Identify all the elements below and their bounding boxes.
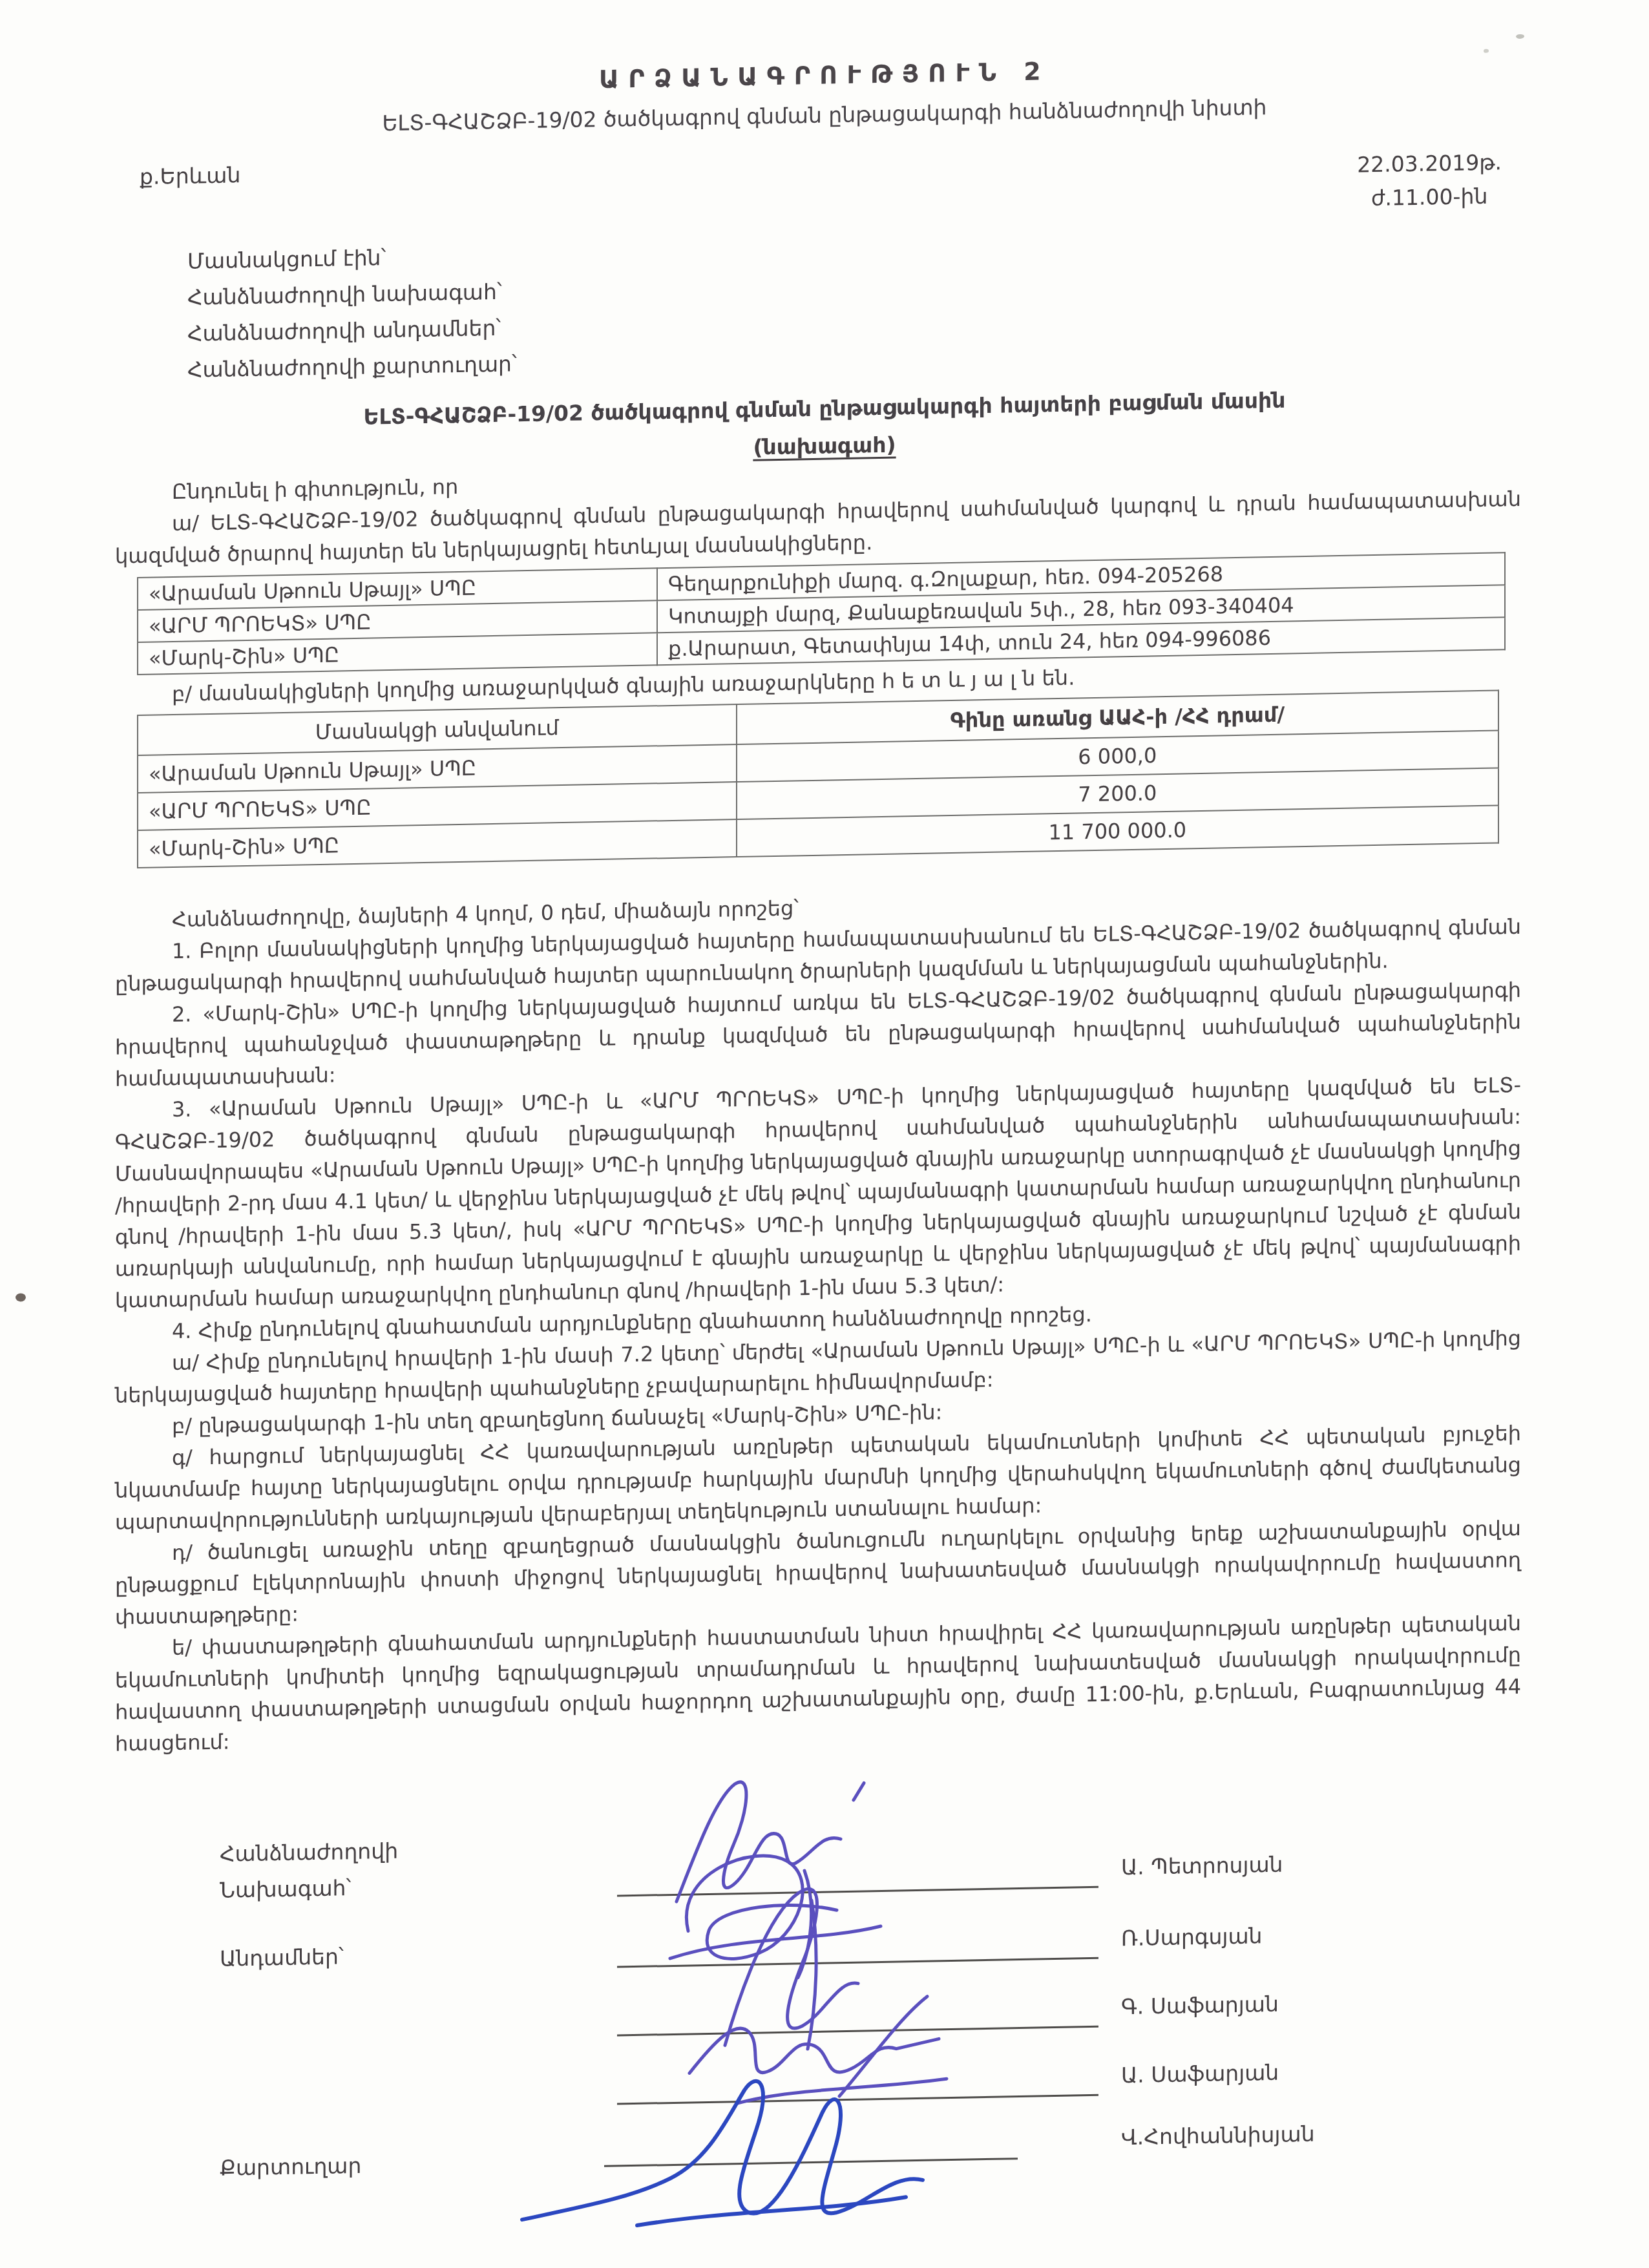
scanned-document-page: ԱՐՁԱՆԱԳՐՈՒԹՅՈՒՆ 2 ԵԼՏ-ԳՀԱՇՁԲ-19/02 ծածկա… bbox=[0, 0, 1649, 2268]
participant-role: Հանձնաժողովի քարտուղար՝ bbox=[187, 346, 517, 388]
participants-block: Մասնակցում էին՝ Հանձնաժողովի նախագահ՝ Հա… bbox=[187, 237, 517, 388]
section-subtitle-text: (նախագահ) bbox=[753, 432, 896, 460]
signature-line bbox=[617, 2094, 1098, 2105]
paragraph-4e: ե/ փաստաթղթերի գնահատման արդյունքների հա… bbox=[115, 1608, 1521, 1760]
scan-speck bbox=[1516, 34, 1524, 39]
handwritten-signature-hovhannisyan bbox=[510, 2062, 943, 2244]
document-time: ժ.11.00-ին bbox=[1357, 179, 1502, 215]
date-block: 22.03.2019թ. ժ.11.00-ին bbox=[1357, 145, 1502, 215]
secretary-label: Քարտուղար bbox=[220, 2153, 361, 2181]
signature-name: Վ.Հովհաննիսյան bbox=[1121, 2121, 1315, 2150]
signature-line bbox=[617, 1886, 1098, 1897]
price-table: Մասնակցի անվանում Գինը առանց ԱԱՀ-ի /ՀՀ դ… bbox=[137, 689, 1499, 868]
signature-name: Գ. Սաֆարյան bbox=[1121, 1991, 1279, 2019]
chairman-label-line1: Հանձնաժողովի bbox=[220, 1838, 398, 1867]
participants-table: «Արաման Սթոուն Սթայլ» ՍՊԸ Գեղարքունիքի մ… bbox=[137, 552, 1506, 675]
scan-speck bbox=[16, 1293, 26, 1301]
participant-role: Հանձնաժողովի նախագահ՝ bbox=[187, 273, 517, 315]
signature-line bbox=[617, 1957, 1098, 1968]
signature-line bbox=[617, 2026, 1098, 2037]
document-city: ք.Երևան bbox=[140, 162, 240, 189]
chairman-label-line2: Նախագահ՝ bbox=[220, 1875, 351, 1903]
signature-name: Ռ.Սարգսյան bbox=[1121, 1923, 1262, 1951]
document-body: Ընդունել ի գիտություն, որ ա/ ԵԼՏ-ԳՀԱՇՁԲ-… bbox=[115, 452, 1521, 1760]
participants-heading: Մասնակցում էին՝ bbox=[187, 237, 517, 279]
handwritten-signature-a-safaryan bbox=[675, 1977, 960, 2117]
signature-line bbox=[604, 2158, 1018, 2167]
scan-skew-wrapper: ԱՐՁԱՆԱԳՐՈՒԹՅՈՒՆ 2 ԵԼՏ-ԳՀԱՇՁԲ-19/02 ծածկա… bbox=[0, 0, 1649, 2268]
handwritten-signature-sargsyan bbox=[643, 1830, 908, 1984]
document-date: 22.03.2019թ. bbox=[1357, 145, 1502, 182]
signature-name: Ա. Սաֆարյան bbox=[1121, 2060, 1279, 2088]
paragraph-3: 3. «Արաման Սթոուն Սթայլ» ՍՊԸ-ի և «ԱՐՄ ՊՐ… bbox=[115, 1069, 1521, 1317]
signature-name: Ա. Պետրոսյան bbox=[1121, 1852, 1283, 1880]
members-label: Անդամներ՝ bbox=[220, 1944, 344, 1971]
participant-role: Հանձնաժողովի անդամներ՝ bbox=[187, 310, 517, 352]
